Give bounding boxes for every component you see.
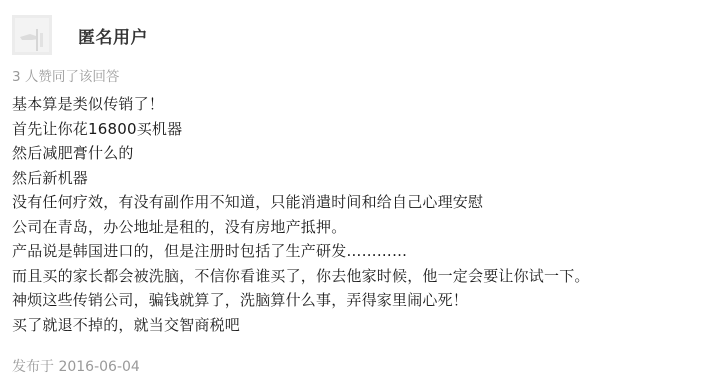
author-name[interactable]: 匿名用户 (78, 23, 148, 48)
answer-content: 基本算是类似传销了！ 首先让你花16800买机器 然后减肥膏什么的 然后新机器 … (12, 92, 590, 337)
content-line: 然后新机器 (12, 166, 590, 191)
vote-count-info: 3 人赞同了该回答 (12, 65, 119, 85)
author-row: 匿名用户 (12, 14, 148, 56)
content-line: 产品说是韩国进口的，但是注册时包括了生产研发………… (12, 239, 590, 264)
anonymous-avatar-icon[interactable] (12, 15, 52, 55)
content-line: 首先让你花16800买机器 (12, 117, 590, 142)
content-line: 然后减肥膏什么的 (12, 141, 590, 166)
publish-date[interactable]: 发布于 2016-06-04 (12, 356, 140, 376)
content-line: 买了就退不掉的，就当交智商税吧 (12, 313, 590, 338)
content-line: 没有任何疗效，有没有副作用不知道，只能消遣时间和给自己心理安慰 (12, 190, 590, 215)
content-line: 基本算是类似传销了！ (12, 92, 590, 117)
content-line: 公司在青岛，办公地址是租的，没有房地产抵押。 (12, 215, 590, 240)
content-line: 而且买的家长都会被洗脑，不信你看谁买了，你去他家时候，他一定会要让你试一下。 (12, 264, 590, 289)
answer-card: 匿名用户 3 人赞同了该回答 基本算是类似传销了！ 首先让你花16800买机器 … (0, 0, 704, 381)
content-line: 神烦这些传销公司，骗钱就算了，洗脑算什么事，弄得家里闹心死！ (12, 288, 590, 313)
